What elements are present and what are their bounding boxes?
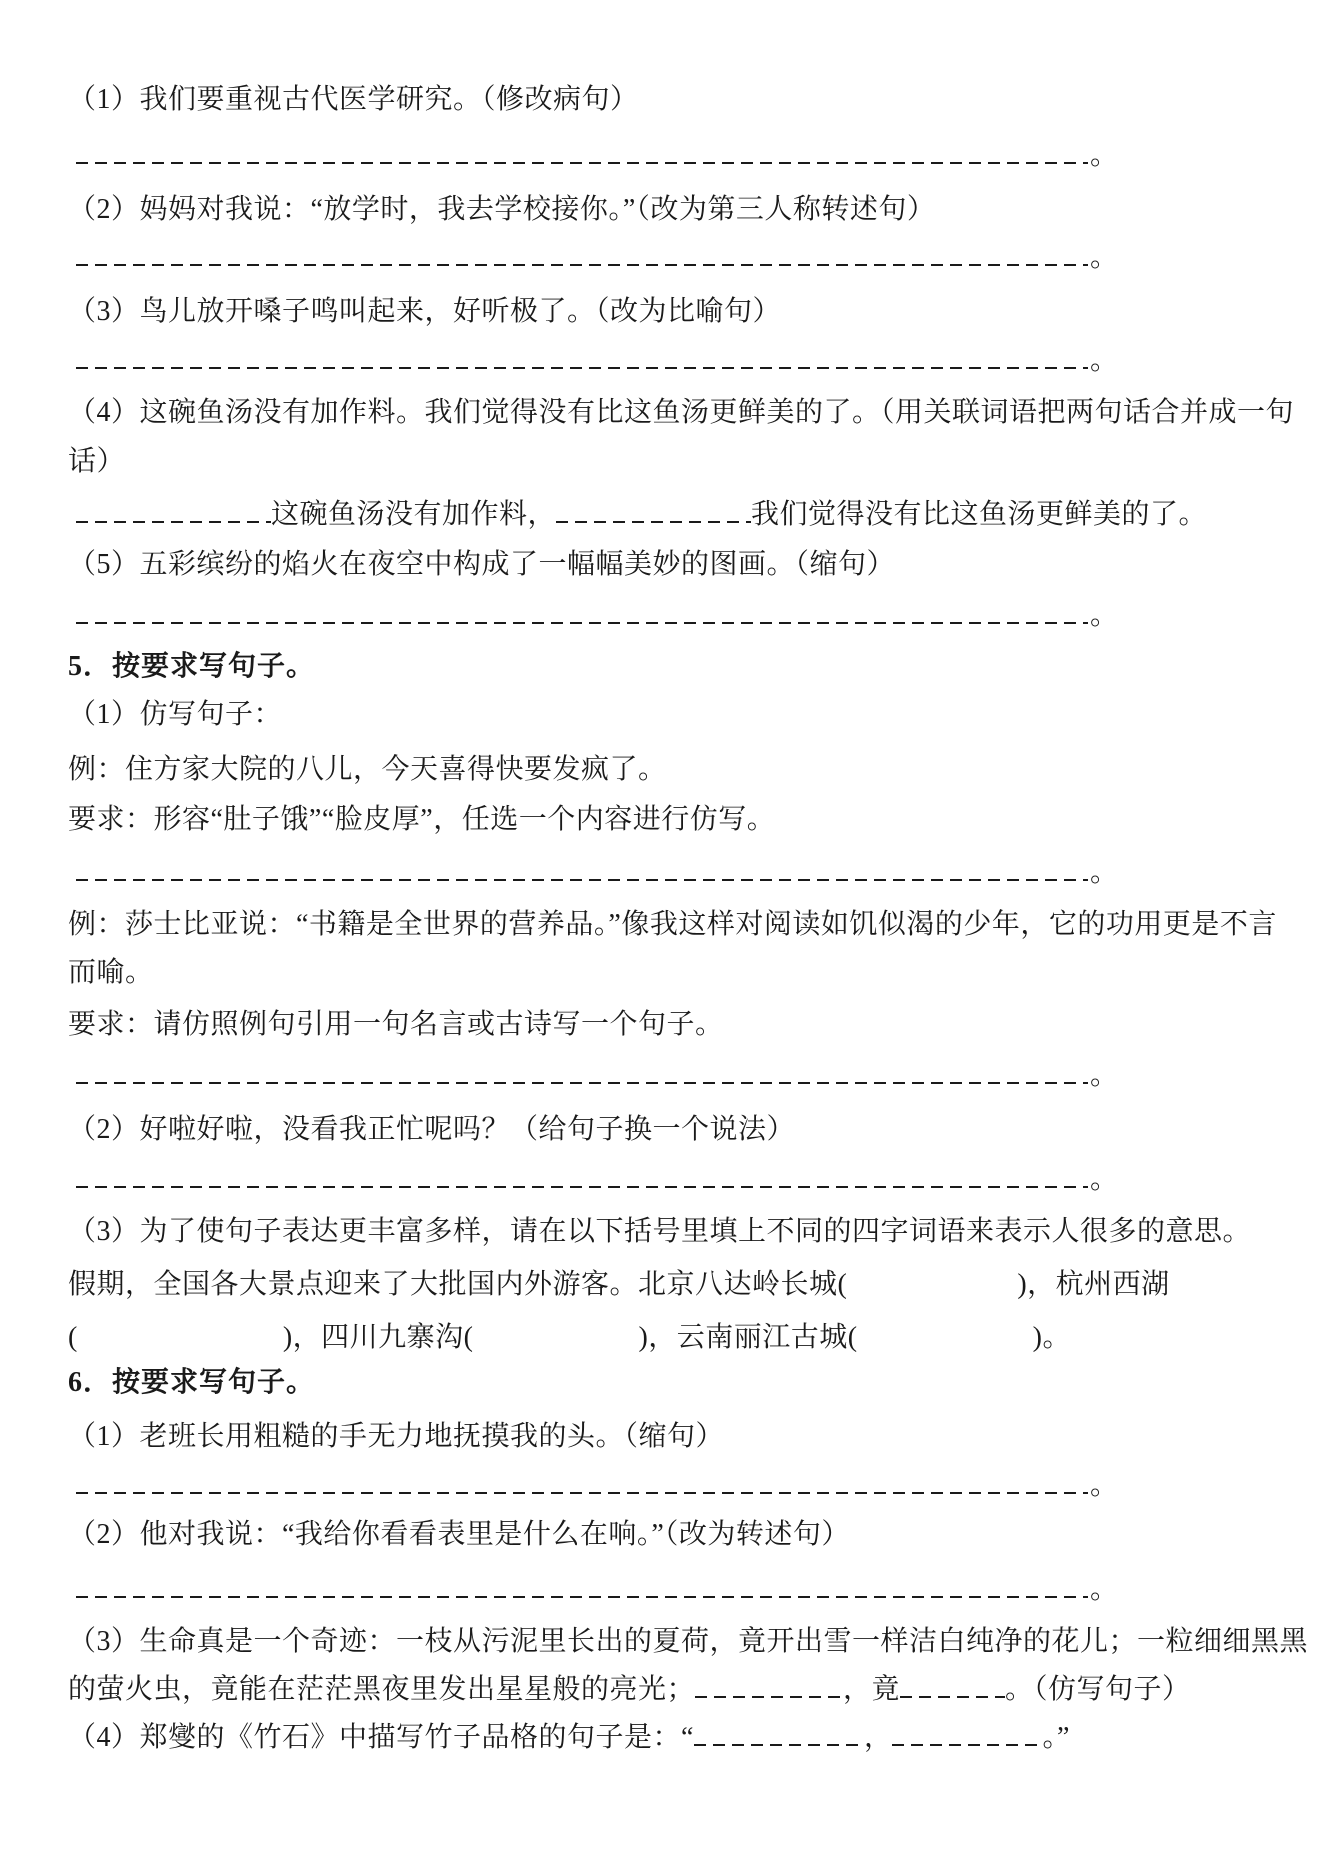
- fill-text: 的萤火虫，竟能在茫茫黑夜里发出星星般的亮光；: [68, 1674, 695, 1705]
- answer-line-terminator: 。: [1090, 1059, 1119, 1093]
- fill-blank: [76, 521, 271, 523]
- answer-line-terminator: 。: [1090, 1163, 1119, 1197]
- answer-line: 。: [76, 351, 1119, 385]
- fill-text: )，四川九寨沟(: [283, 1322, 474, 1353]
- answer-blank-line: [76, 1186, 1088, 1188]
- question-4-4-line1: （4）这碗鱼汤没有加作料。我们觉得没有比这鱼汤更鲜美的了。（用关联词语把两句话合…: [68, 396, 1294, 430]
- question-4-4-fill-line: 这碗鱼汤没有加作料，我们觉得没有比这鱼汤更鲜美的了。: [76, 498, 1207, 532]
- question-5-3-line3: ()，四川九寨沟()，云南丽江古城()。: [68, 1321, 1071, 1355]
- answer-line-terminator: 。: [1090, 241, 1119, 275]
- fill-text: 我们觉得没有比这鱼汤更鲜美的了。: [751, 499, 1207, 530]
- answer-line-terminator: 。: [1090, 1573, 1119, 1607]
- answer-blank-line: [76, 879, 1088, 881]
- answer-line: 。: [76, 1476, 1119, 1510]
- section-6-heading: 6．按要求写句子。: [68, 1366, 315, 1400]
- fill-blank: [892, 1744, 1042, 1746]
- question-6-1: （1）老班长用粗糙的手无力地抚摸我的头。（缩句）: [68, 1420, 724, 1454]
- answer-blank-line: [76, 162, 1088, 164]
- question-6-3-line1: （3）生命真是一个奇迹：一枝从污泥里长出的夏荷，竟开出雪一样洁白纯净的花儿；一粒…: [68, 1625, 1308, 1659]
- answer-blank-line: [76, 367, 1088, 369]
- fill-text: )，云南丽江古城(: [638, 1322, 857, 1353]
- question-5-1-example2-line1: 例：莎士比亚说：“书籍是全世界的营养品。”像我这样对阅读如饥似渴的少年，它的功用…: [68, 908, 1277, 942]
- answer-line: 。: [76, 248, 1119, 282]
- answer-line: 。: [76, 863, 1119, 897]
- fill-text: 这碗鱼汤没有加作料，: [271, 499, 556, 530]
- answer-line: 。: [76, 1066, 1119, 1100]
- question-5-2: （2）好啦好啦，没看我正忙呢吗？（给句子换一个说法）: [68, 1113, 795, 1147]
- fill-text: 假期，全国各大景点迎来了大批国内外游客。北京八达岭长城(: [68, 1269, 847, 1300]
- answer-line: 。: [76, 1580, 1119, 1614]
- question-6-3-line2: 的萤火虫，竟能在茫茫黑夜里发出星星般的亮光；，竟。（仿写句子）: [68, 1673, 1191, 1707]
- question-6-4: （4）郑燮的《竹石》中描写竹子品格的句子是：“，。”: [68, 1721, 1070, 1755]
- answer-blank-line: [76, 1082, 1088, 1084]
- question-5-1-example2-line2: 而喻。: [68, 956, 154, 990]
- answer-line-terminator: 。: [1090, 1469, 1119, 1503]
- fill-text: (: [68, 1322, 78, 1353]
- fill-text: 。（仿写句子）: [1005, 1674, 1191, 1705]
- question-5-1-example1: 例：住方家大院的八儿，今天喜得快要发疯了。: [68, 753, 667, 787]
- answer-line-terminator: 。: [1090, 139, 1119, 173]
- fill-text: （4）郑燮的《竹石》中描写竹子品格的句子是：“: [68, 1722, 694, 1753]
- fill-text: ，: [864, 1722, 893, 1753]
- answer-blank-line: [76, 1596, 1088, 1598]
- answer-line: 。: [76, 606, 1119, 640]
- fill-blank: [900, 1696, 1005, 1698]
- answer-line: 。: [76, 146, 1119, 180]
- question-6-2: （2）他对我说：“我给你看看表里是什么在响。”（改为转述句）: [68, 1518, 850, 1552]
- fill-blank: [695, 1696, 843, 1698]
- answer-line-terminator: 。: [1090, 856, 1119, 890]
- question-5-3-line1: （3）为了使句子表达更丰富多样，请在以下括号里填上不同的四字词语来表示人很多的意…: [68, 1215, 1251, 1249]
- question-4-4-line2: 话）: [68, 445, 125, 479]
- question-4-5: （5）五彩缤纷的焰火在夜空中构成了一幅幅美妙的图画。（缩句）: [68, 548, 895, 582]
- fill-text: ，竟: [843, 1674, 900, 1705]
- question-5-1-requirement2: 要求：请仿照例句引用一句名言或古诗写一个句子。: [68, 1008, 724, 1042]
- question-5-1-requirement1: 要求：形容“肚子饿”“脸皮厚”，任选一个内容进行仿写。: [68, 803, 775, 837]
- fill-blank: [556, 521, 751, 523]
- answer-blank-line: [76, 1492, 1088, 1494]
- answer-blank-line: [76, 622, 1088, 624]
- fill-blank: [694, 1744, 864, 1746]
- answer-line: 。: [76, 1170, 1119, 1204]
- fill-text: )。: [1033, 1322, 1071, 1353]
- worksheet-page: （1）我们要重视古代医学研究。（修改病句） 。 （2）妈妈对我说：“放学时，我去…: [0, 0, 1323, 1871]
- fill-text: )，杭州西湖: [1017, 1269, 1169, 1300]
- section-5-heading: 5．按要求写句子。: [68, 650, 315, 684]
- question-5-3-line2: 假期，全国各大景点迎来了大批国内外游客。北京八达岭长城()，杭州西湖: [68, 1268, 1170, 1302]
- answer-blank-line: [76, 264, 1088, 266]
- answer-line-terminator: 。: [1090, 344, 1119, 378]
- question-4-2: （2）妈妈对我说：“放学时，我去学校接你。”（改为第三人称转述句）: [68, 193, 935, 227]
- question-4-1: （1）我们要重视古代医学研究。（修改病句）: [68, 83, 639, 117]
- answer-line-terminator: 。: [1090, 599, 1119, 633]
- fill-text: 。”: [1042, 1722, 1069, 1753]
- question-4-3: （3）鸟儿放开嗓子鸣叫起来，好听极了。（改为比喻句）: [68, 295, 781, 329]
- question-5-1-label: （1）仿写句子：: [68, 698, 282, 732]
